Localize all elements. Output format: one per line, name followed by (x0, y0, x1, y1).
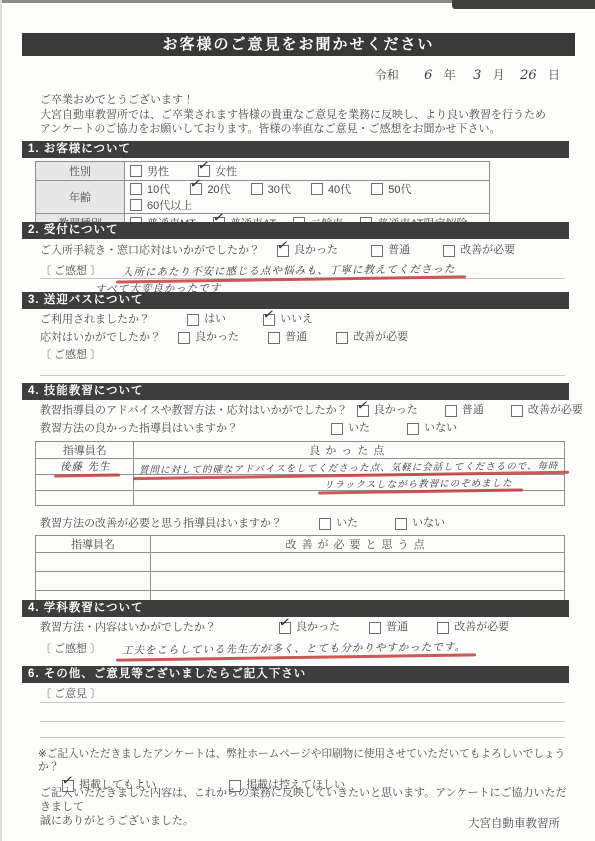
checkbox-skill-normal[interactable]: 普通 (445, 403, 484, 418)
checkbox-box (443, 245, 455, 257)
organization-name: 大宮自動車教習所 (0, 815, 595, 831)
checkbox-label: いた (348, 421, 370, 436)
lecture-comment-field[interactable]: 〔 ご感想 〕 工夫をこらしている先生方が多く、とても分かりやすかったです。 (40, 640, 565, 656)
intro-line-3: アンケートのご協力をお願いしております。皆様の率直なご意見・ご感想をお聞かせ下さ… (40, 122, 595, 137)
checkbox-box (511, 405, 523, 417)
checkbox-age-30s[interactable]: 30代 (251, 181, 291, 197)
check-mark-icon (276, 237, 290, 253)
other-comment-field[interactable]: 〔 ご意見 〕 (40, 687, 565, 703)
handwritten-good-point-line2: リラックスしながら教習にのぞめました (324, 475, 513, 491)
date-day-value[interactable]: 26 (520, 68, 537, 83)
section3-header: 3. 送迎バスについて (22, 292, 569, 309)
scan-edge-top (0, 0, 460, 3)
good-point-cell[interactable]: 質問に対して的確なアドバイスをしてくださった点、気軽に会話してくださるので、毎時 (134, 459, 565, 475)
table-header-row: 指導員名 良かった点 (36, 442, 565, 459)
checkbox-box (263, 314, 275, 326)
checkbox-bus-yes[interactable]: はい (187, 312, 226, 327)
checkbox-box (268, 332, 280, 344)
checkbox-box (190, 183, 202, 195)
checkbox-box (357, 405, 369, 417)
checkbox-good-instructor-yes[interactable]: いた (331, 421, 370, 436)
instructor-name-cell[interactable] (36, 572, 151, 591)
checkbox-age-40s[interactable]: 40代 (311, 181, 351, 197)
bus-comment-label-row: 〔 ご感想 〕 (40, 348, 595, 363)
checkbox-reception-good[interactable]: 良かった (277, 243, 338, 258)
table-row (36, 572, 565, 591)
section2-content: ご入所手続き・窓口応対はいかがでしたか？ 良かった 普通 改善が必要 〔 ご感想… (0, 243, 595, 298)
checkbox-box (251, 183, 263, 195)
check-mark-icon (61, 772, 75, 788)
checkbox-improve-instructor-no[interactable]: いない (395, 516, 445, 531)
thanks-line-1: ご記入いただきました内容は、これからの業務に反映していきたいと思います。アンケー… (40, 786, 570, 814)
reception-comment-field[interactable]: 〔 ご感想 〕 入所にあたり不安に感じる点や悩みも、丁寧に教えてくださった (40, 262, 565, 279)
form-title: お客様のご意見をお聞かせください (22, 33, 575, 56)
checkbox-reception-improve[interactable]: 改善が必要 (443, 243, 515, 258)
month-label: 月 (493, 68, 505, 82)
other-comment-line[interactable] (40, 721, 565, 722)
skill-question-row: 教習指導員のアドバイスや教習方法・応対はいかがでしたか？ 良かった 普通 改善が… (40, 403, 595, 418)
good-points-table: 指導員名 良かった点 後藤 先生 質問に対して的確なアドバイスをしてくださった点… (35, 441, 565, 506)
checkbox-label: 良かった (296, 620, 340, 635)
table-row: 性別 男性 女性 (36, 162, 490, 181)
checkbox-box (130, 165, 142, 177)
section3-content: ご利用されましたか？ はい いいえ 応対はいかがでしたか？ 良かった 普通 改善… (0, 312, 595, 394)
intro-line-1: ご卒業おめでとうございます！ (40, 93, 595, 108)
comment-label: 〔 ご意見 〕 (40, 687, 101, 702)
checkbox-box (187, 314, 199, 326)
section6-header: 6. その他、ご意見等ございましたらご記入下さい (22, 666, 569, 683)
table-row (36, 491, 565, 506)
checkbox-box (319, 518, 331, 530)
col-instructor-name: 指導員名 (36, 536, 151, 553)
intro-paragraph: ご卒業おめでとうございます！ 大宮自動車教習所では、ご卒業されます皆様の貴重なご… (0, 93, 595, 137)
year-label: 年 (444, 68, 456, 82)
checkbox-label: 改善が必要 (353, 330, 408, 345)
era-label: 令和 (375, 68, 399, 82)
check-mark-icon (189, 175, 203, 191)
checkbox-box (130, 199, 142, 211)
checkbox-label: いいえ (280, 312, 313, 327)
comment-label: 〔 ご感想 〕 (40, 262, 101, 278)
bus-used-question-row: ご利用されましたか？ はい いいえ (40, 312, 595, 327)
comment-label: 〔 ご感想 〕 (40, 640, 101, 656)
date-month-value[interactable]: 3 (473, 68, 481, 83)
red-underline (116, 653, 476, 661)
handwritten-lecture-comment: 工夫をこらしている先生方が多く、とても分かりやすかったです。 (122, 639, 466, 658)
question-text: 教習方法の良かった指導員はいますか？ (40, 422, 238, 434)
checkbox-label: 10代 (147, 181, 170, 197)
checkbox-lecture-improve[interactable]: 改善が必要 (437, 620, 509, 635)
intro-line-2: 大宮自動車教習所では、ご卒業されます皆様の貴重なご意見を業務に反映し、より良い教… (40, 108, 595, 123)
improve-instructor-question-row: 教習方法の改善が必要と思う指導員はいますか？ いた いない (40, 516, 595, 531)
checkbox-label: 40代 (328, 181, 351, 197)
checkbox-label: 50代 (388, 181, 411, 197)
checkbox-age-20s[interactable]: 20代 (190, 181, 230, 197)
col-improve-points: 改善が必要と思う点 (151, 536, 565, 553)
question-text: 教習方法の改善が必要と思う指導員はいますか？ (40, 517, 282, 529)
checkbox-age-10s[interactable]: 10代 (130, 181, 170, 197)
table-row (36, 553, 565, 572)
bus-service-question-row: 応対はいかがでしたか？ 良かった 普通 改善が必要 (40, 330, 595, 345)
instructor-name-cell[interactable] (36, 491, 134, 506)
check-mark-icon (356, 397, 370, 413)
improve-point-cell[interactable] (151, 553, 565, 572)
checkbox-box (178, 332, 190, 344)
table-header-row: 指導員名 改善が必要と思う点 (36, 536, 565, 553)
section4-content: 教習指導員のアドバイスや教習方法・応対はいかがでしたか？ 良かった 普通 改善が… (0, 403, 595, 610)
checkbox-label: 男性 (147, 163, 169, 179)
checkbox-label: 60代以上 (147, 197, 192, 213)
survey-form-page: お客様のご意見をお聞かせください 令和 6 年 3 月 26 日 ご卒業おめでと… (0, 0, 595, 841)
checkbox-box (279, 622, 291, 634)
check-mark-icon (262, 306, 276, 322)
other-comment-line[interactable] (40, 737, 565, 738)
handwritten-instructor-name: 後藤 先生 (59, 459, 109, 475)
lecture-question-row: 教習方法・内容はいかがでしたか？ 良かった 普通 改善が必要 (40, 620, 595, 635)
checkbox-reception-normal[interactable]: 普通 (371, 243, 410, 258)
check-mark-icon (197, 157, 211, 173)
checkbox-label: 普通 (285, 330, 307, 345)
checkbox-label: 普通 (462, 403, 484, 418)
checkbox-male[interactable]: 男性 (130, 163, 169, 179)
improve-point-cell[interactable] (151, 572, 565, 591)
checkbox-label: 改善が必要 (528, 403, 583, 418)
checkbox-label: いない (424, 421, 457, 436)
row-label-age: 年齢 (36, 181, 125, 214)
checkbox-box (407, 423, 419, 435)
checkbox-label: 良かった (374, 403, 418, 418)
section6-content: 〔 ご意見 〕 (0, 687, 595, 738)
checkbox-label: いた (336, 516, 358, 531)
checkbox-age-50s[interactable]: 50代 (371, 181, 411, 197)
checkbox-bus-improve[interactable]: 改善が必要 (336, 330, 408, 345)
checkbox-skill-good[interactable]: 良かった (357, 403, 418, 418)
checkbox-label: いない (412, 516, 445, 531)
handwritten-comment-line1: 入所にあたり不安に感じる点や悩みも、丁寧に教えてくださった (122, 261, 456, 279)
question-text: ご利用されましたか？ (40, 313, 150, 325)
checkbox-good-instructor-no[interactable]: いない (407, 421, 457, 436)
section5-content: 教習方法・内容はいかがでしたか？ 良かった 普通 改善が必要 〔 ご感想 〕 工… (0, 620, 595, 669)
checkbox-label: 良かった (195, 330, 239, 345)
day-label: 日 (548, 68, 560, 82)
check-mark-icon (278, 614, 292, 630)
checkbox-box (395, 518, 407, 530)
section4-header: 4. 技能教習について (22, 383, 569, 400)
comment-label: 〔 ご感想 〕 (40, 348, 101, 363)
checkbox-box (371, 245, 383, 257)
checkbox-box (445, 405, 457, 417)
bus-comment-field[interactable] (40, 375, 565, 376)
consent-note: ※ご記入いただきましたアンケートは、弊社ホームページや印刷物に使用させていただい… (38, 748, 570, 774)
checkbox-bus-normal[interactable]: 普通 (268, 330, 307, 345)
checkbox-label: 普通 (388, 243, 410, 258)
checkbox-label: 普通 (386, 620, 408, 635)
col-instructor-name: 指導員名 (36, 442, 134, 459)
handwritten-good-point-line1: 質問に対して的確なアドバイスをしてくださった点、気軽に会話してくださるので、毎時 (139, 457, 559, 475)
improve-points-table: 指導員名 改善が必要と思う点 (35, 535, 565, 610)
section5-header: 4. 学科教習について (22, 600, 569, 617)
checkbox-box (437, 622, 449, 634)
checkbox-box (331, 423, 343, 435)
checkbox-label: 良かった (294, 243, 338, 258)
section2-header: 2. 受付について (22, 222, 569, 239)
section1-header: 1. お客様について (22, 141, 569, 158)
col-good-points: 良かった点 (134, 442, 565, 459)
date-year-value[interactable]: 6 (424, 68, 432, 83)
checkbox-label: 30代 (268, 181, 291, 197)
scan-edge-corner (452, 0, 595, 9)
checkbox-skill-improve[interactable]: 改善が必要 (511, 403, 583, 418)
checkbox-box (277, 245, 289, 257)
question-text: ご入所手続き・窓口応対はいかがでしたか？ (40, 244, 260, 256)
question-text: 教習指導員のアドバイスや教習方法・応対はいかがでしたか？ (40, 404, 348, 416)
checkbox-box (311, 183, 323, 195)
reception-question-row: ご入所手続き・窓口応対はいかがでしたか？ 良かった 普通 改善が必要 (40, 243, 595, 258)
checkbox-box (130, 183, 142, 195)
checkbox-bus-no[interactable]: いいえ (263, 312, 313, 327)
checkbox-label: はい (204, 312, 226, 327)
checkbox-box (369, 622, 381, 634)
table-row: 後藤 先生 質問に対して的確なアドバイスをしてくださった点、気軽に会話してくださ… (36, 459, 565, 475)
instructor-name-cell[interactable]: 後藤 先生 (36, 459, 134, 475)
checkbox-label: 20代 (207, 181, 230, 197)
checkbox-bus-good[interactable]: 良かった (178, 330, 239, 345)
checkbox-age-60s[interactable]: 60代以上 (130, 197, 192, 213)
table-row: 年齢 10代 20代 30代 40代 50代 60代以上 (36, 181, 490, 214)
checkbox-label: 改善が必要 (460, 243, 515, 258)
checkbox-improve-instructor-yes[interactable]: いた (319, 516, 358, 531)
checkbox-label: 改善が必要 (454, 620, 509, 635)
question-text: 教習方法・内容はいかがでしたか？ (40, 621, 216, 633)
checkbox-box (336, 332, 348, 344)
instructor-name-cell[interactable] (36, 553, 151, 572)
checkbox-box (371, 183, 383, 195)
checkbox-label: 女性 (215, 163, 237, 179)
question-text: 応対はいかがでしたか？ (40, 331, 161, 343)
checkbox-lecture-normal[interactable]: 普通 (369, 620, 408, 635)
checkbox-female[interactable]: 女性 (198, 163, 237, 179)
good-instructor-question-row: 教習方法の良かった指導員はいますか？ いた いない (40, 421, 595, 436)
checkbox-lecture-good[interactable]: 良かった (279, 620, 340, 635)
row-label-gender: 性別 (36, 162, 125, 181)
date-line: 令和 6 年 3 月 26 日 (0, 66, 595, 83)
